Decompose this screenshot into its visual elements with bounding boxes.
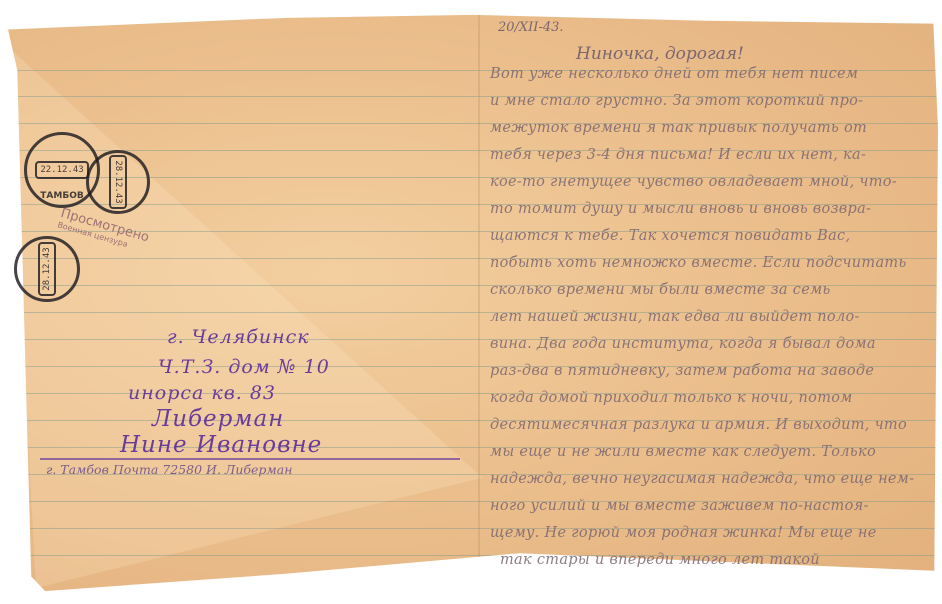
letter-line: лет нашей жизни, так едва ли выйдет поло… bbox=[490, 309, 860, 325]
center-fold-line bbox=[478, 12, 480, 594]
letter-line: вина. Два года института, когда я бывал … bbox=[490, 336, 876, 352]
letter-line: так стары и впереди много лет такой bbox=[500, 552, 820, 568]
letter-line: десятимесячная разлука и армия. И выходи… bbox=[490, 417, 907, 433]
letter-line: Вот уже несколько дней от тебя нет писем bbox=[490, 66, 858, 82]
letter-date: 20/XII-43. bbox=[498, 20, 564, 35]
letter-line: мы еще и не жили вместе как следует. Тол… bbox=[490, 444, 876, 460]
postmark-town: ТАМБОВ bbox=[40, 191, 83, 201]
letter-line: щему. Не горюй моя родная жинка! Мы еще … bbox=[490, 525, 877, 541]
postmark-date: 28.12.43 bbox=[38, 242, 56, 295]
address-street: Ч.Т.З. дом № 10 bbox=[158, 356, 330, 378]
letter-line: кое-то гнетущее чувство овладевает мной,… bbox=[490, 174, 897, 190]
address-apartment: инорса кв. 83 bbox=[128, 382, 276, 404]
letter-line: ного усилий и мы вместе заживем по-насто… bbox=[490, 498, 869, 514]
address-city: г. Челябинск bbox=[167, 326, 310, 348]
letter-salutation: Ниночка, дорогая! bbox=[576, 44, 744, 64]
postmark-date: 22.12.43 bbox=[35, 161, 88, 179]
letter-line: раз-два в пятидневку, затем работа на за… bbox=[490, 363, 874, 379]
postmark-chelyabinsk-1: 28.12.43 bbox=[86, 150, 150, 214]
letter-line: надежда, вечно неугасимая надежда, что е… bbox=[490, 471, 914, 487]
postmark-chelyabinsk-2: 28.12.43 bbox=[14, 236, 80, 302]
letter-line: межуток времени я так привык получать от bbox=[490, 120, 867, 136]
sender-line: г. Тамбов Почта 72580 И. Либерман bbox=[46, 462, 292, 477]
letter-line: когда домой приходил только к ночи, пото… bbox=[490, 390, 853, 406]
postmark-date: 28.12.43 bbox=[109, 155, 127, 208]
address-surname: Либерман bbox=[152, 406, 284, 432]
address-underline bbox=[40, 458, 460, 460]
letter-line: щаются к тебе. Так хочется повидать Вас, bbox=[490, 228, 850, 244]
letter-line: сколько времени мы были вместе за семь bbox=[490, 282, 831, 298]
address-first-name: Нине Ивановне bbox=[120, 432, 322, 458]
letter-line: и мне стало грустно. Зa этот короткий пр… bbox=[490, 93, 863, 109]
letter-line: тебя через 3-4 дня письма! И если их нет… bbox=[490, 147, 866, 163]
letter-line: то томит душу и мысли вновь и вновь возв… bbox=[490, 201, 871, 217]
letter-line: побыть хоть немножко вместе. Если подсчи… bbox=[490, 255, 907, 271]
